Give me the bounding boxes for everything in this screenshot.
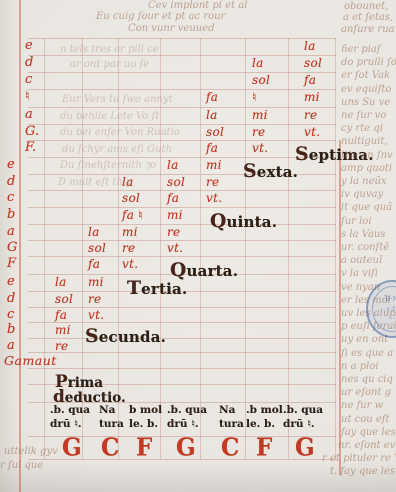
gamut-row-letter: c <box>7 191 14 204</box>
solmization-syllable: vt. <box>206 192 222 205</box>
solmization-syllable: re <box>167 226 180 239</box>
grid-vertical-rule <box>200 38 201 459</box>
solmization-syllable: mi <box>206 159 222 172</box>
bleedthrough-text: ſur loi <box>341 217 372 227</box>
solmization-syllable: vt. <box>167 242 183 255</box>
grid-horizontal-rule <box>28 190 336 191</box>
bleedthrough-text: ar ont par uo ſe <box>70 60 149 70</box>
gamma-ut-label: Gamaut <box>4 355 57 368</box>
bleedthrough-text: amp quoti <box>341 164 392 174</box>
manuscript-page: edc♮aG.F.edcbaGFedcbaGamautlalasolsolfaf… <box>0 0 396 492</box>
solmization-syllable: sol <box>167 176 185 189</box>
solmization-syllable: fa <box>206 142 218 155</box>
bleedthrough-text: obounet, <box>344 2 388 12</box>
solmization-syllable: fa <box>206 91 218 104</box>
solmization-syllable: re <box>55 340 68 353</box>
solmization-syllable: mi <box>88 276 104 289</box>
hexachord-type-label-line2: le. b. <box>129 418 158 431</box>
bleedthrough-text: Eu cuig ſour et pt ac rour <box>96 12 225 22</box>
bleedthrough-text: du bei enſer Von Ruatio <box>60 128 180 138</box>
gamut-row-letter: a <box>7 225 15 238</box>
bleedthrough-text: ſi es que a <box>341 349 393 359</box>
solmization-syllable: mi <box>167 209 183 222</box>
solmization-syllable: vt. <box>88 309 104 322</box>
bleedthrough-text: ur. conſtē <box>341 243 389 253</box>
solmization-syllable: vt. <box>304 126 320 139</box>
solmization-syllable: vt. <box>252 142 268 155</box>
bleedthrough-text: uns Su ve <box>341 98 390 108</box>
hexachord-root-letter: G <box>62 436 82 460</box>
bleedthrough-text: a outeuī <box>341 256 382 266</box>
hexachord-type-label-line1: Na <box>99 404 115 417</box>
hexachord-type-label-line1: Na <box>219 404 235 417</box>
hexachord-root-letter: G <box>176 436 196 460</box>
solmization-syllable: fa <box>55 309 67 322</box>
gamut-row-letter: d <box>7 292 15 305</box>
hexachord-root-letter: C <box>101 436 119 460</box>
grid-horizontal-rule <box>28 338 336 339</box>
hexachord-root-letter: F <box>256 436 272 460</box>
bleedthrough-text: ut cou eſt <box>341 415 390 425</box>
hexachord-type-label-line1: .b. qua <box>50 404 90 417</box>
gamut-row-letter: b <box>7 323 15 336</box>
gamut-row-letter: ♮ <box>25 90 30 103</box>
bleedthrough-text: itte en ſnv <box>341 151 393 161</box>
hexachord-type-label-line2: le. b. <box>246 418 275 431</box>
bleedthrough-text: ur eſont g <box>341 388 391 398</box>
hexachord-type-label-line1: .b. qua <box>283 404 323 417</box>
grid-horizontal-rule <box>28 256 336 257</box>
grid-horizontal-rule <box>28 368 336 369</box>
deduction-label: Sexta. <box>243 162 298 181</box>
gamut-row-letter: b <box>7 208 15 221</box>
solmization-syllable: la <box>206 109 218 122</box>
grid-vertical-rule <box>288 38 289 459</box>
grid-horizontal-rule <box>28 107 336 108</box>
grid-horizontal-rule <box>28 224 336 225</box>
gamut-row-letter: F <box>7 257 16 270</box>
bleedthrough-text: n a ploi <box>341 362 379 372</box>
hexachord-type-label-line2: drū ♮. <box>50 418 82 431</box>
solmization-syllable: la <box>252 57 264 70</box>
bleedthrough-text: s la Vaus <box>341 230 386 240</box>
bleedthrough-text: a et ſetas, <box>343 13 393 23</box>
solmization-syllable: sol <box>55 293 73 306</box>
grid-horizontal-rule <box>28 140 336 141</box>
bleedthrough-text: ñer piaſ <box>341 45 381 55</box>
solmization-syllable: la <box>88 226 100 239</box>
bleedthrough-text: ne ſur vo <box>341 111 386 121</box>
gamut-table: edc♮aG.F.edcbaGFedcbaGamautlalasolsolfaf… <box>0 0 396 492</box>
gamut-row-letter: F. <box>25 141 36 154</box>
bleedthrough-text: ne fur w <box>341 401 383 411</box>
solmization-syllable: re <box>252 126 265 139</box>
grid-horizontal-rule <box>28 55 336 56</box>
deduction-label: Secunda. <box>85 327 166 346</box>
solmization-syllable: la <box>167 159 179 172</box>
solmization-syllable: vt. <box>122 258 138 271</box>
grid-horizontal-rule <box>28 124 336 125</box>
solmization-syllable: sol <box>304 57 322 70</box>
bleedthrough-text: du ſchyr ams eſi Guth <box>62 145 172 155</box>
gamut-row-letter: e <box>7 158 15 171</box>
solmization-syllable: mi <box>122 226 138 239</box>
solmization-syllable: mi <box>304 91 320 104</box>
bleedthrough-text: Eur Vers tu ſwo annyt <box>62 95 173 105</box>
deduction-label: Tertia. <box>127 279 187 298</box>
grid-vertical-rule <box>44 38 45 459</box>
solmization-syllable: la <box>55 276 67 289</box>
library-stamp-text: ·B·N· <box>368 296 396 303</box>
gamut-row-letter: a <box>25 108 33 121</box>
gamut-row-letter: G. <box>25 125 39 138</box>
bleedthrough-text: ev equiſto <box>341 85 391 95</box>
hexachord-type-label-line1: b mol <box>129 404 162 417</box>
hexachord-type-label-line2: drū ♮. <box>167 418 199 431</box>
gamut-row-letter: e <box>25 39 33 52</box>
bleedthrough-text: uy en ont <box>341 335 388 345</box>
gamut-row-letter: c <box>25 73 32 86</box>
solmization-syllable: mi <box>55 324 71 337</box>
solmization-syllable: mi <box>252 109 268 122</box>
grid-horizontal-rule <box>28 307 336 308</box>
grid-horizontal-rule <box>28 157 336 158</box>
bleedthrough-text: iv quvay <box>341 190 383 200</box>
bleedthrough-text: do prulli ſo <box>341 58 396 68</box>
solmization-syllable: sol <box>206 126 224 139</box>
gamut-row-letter: d <box>7 175 15 188</box>
solmization-syllable: fa <box>167 192 179 205</box>
hexachord-type-label-line2: tura <box>99 418 124 431</box>
hexachord-type-label-line1: .b mol <box>246 404 283 417</box>
bleedthrough-text: uttelik gyv <box>4 447 58 457</box>
bleedthrough-text: r et pituler re Vicu. <box>322 454 396 464</box>
bleedthrough-text: nultiguit, <box>341 137 388 147</box>
library-stamp-text: ℓ·ſ· <box>368 306 396 313</box>
bleedthrough-text: it que quã <box>341 203 392 213</box>
bleedthrough-text: nes qu ciq <box>341 375 393 385</box>
solmization-syllable: sol <box>252 74 270 87</box>
grid-horizontal-rule <box>28 352 336 353</box>
gamut-row-letter: e <box>7 275 15 288</box>
bleedthrough-text: Cev implont pi et al <box>148 1 247 11</box>
grid-horizontal-rule <box>28 89 336 90</box>
hexachord-root-letter: C <box>221 436 239 460</box>
bleedthrough-text: y la neũx <box>341 177 387 187</box>
bleedthrough-text: nr. eſont ev <box>338 441 395 451</box>
bleedthrough-text: n tels tres ar pill ce <box>60 45 159 55</box>
hexachord-root-letter: G <box>295 436 315 460</box>
solmization-syllable: sol <box>88 242 106 255</box>
gamut-row-letter: c <box>7 308 14 321</box>
bleedthrough-text: anſure rua <box>341 25 395 35</box>
deduction-label: Quinta. <box>210 212 277 231</box>
solmization-syllable: re <box>88 293 101 306</box>
grid-horizontal-rule <box>28 322 336 323</box>
solmization-syllable: re <box>304 109 317 122</box>
hexachord-type-label-line1: .b. qua <box>167 404 207 417</box>
solmization-syllable: fa ♮ <box>122 209 143 222</box>
solmization-syllable: fa <box>304 74 316 87</box>
bleedthrough-text: r ſui que <box>0 461 43 471</box>
solmization-syllable: re <box>122 242 135 255</box>
bleedthrough-text: Con vunr veuued <box>128 24 215 34</box>
bleedthrough-text: du behile Lete Vo ſt <box>60 112 159 122</box>
hexachord-type-label-line2: drū ♮. <box>283 418 315 431</box>
bleedthrough-text: cy rte qi <box>341 124 383 134</box>
gamut-row-letter: d <box>25 56 33 69</box>
grid-vertical-rule <box>245 38 246 459</box>
solmization-syllable: fa <box>88 258 100 271</box>
bleedthrough-text: Du ſinehſternith ⁊o <box>60 161 156 171</box>
grid-vertical-rule <box>335 38 336 459</box>
hexachord-type-label-line2: tura <box>219 418 244 431</box>
grid-horizontal-rule <box>28 38 336 39</box>
bleedthrough-text: v la viſi <box>341 269 378 279</box>
solmization-syllable: re <box>206 176 219 189</box>
library-stamp-text: ··· <box>368 316 396 323</box>
solmization-syllable: ♮ <box>252 91 257 104</box>
margin-rule-left <box>19 0 21 492</box>
gamut-row-letter: G <box>7 241 17 254</box>
bleedthrough-text: fay que les <box>341 428 396 438</box>
gamut-row-letter: a <box>7 339 15 352</box>
bleedthrough-text: D muit eſt thiy <box>58 178 132 188</box>
solmization-syllable: sol <box>122 192 140 205</box>
grid-horizontal-rule <box>28 72 336 73</box>
bleedthrough-text: er ſot Vak <box>341 71 390 81</box>
hexachord-root-letter: F <box>136 436 152 460</box>
deduction-label: Quarta. <box>170 261 238 280</box>
bleedthrough-text: t. fay que les ors. <box>330 467 396 477</box>
solmization-syllable: la <box>304 40 316 53</box>
